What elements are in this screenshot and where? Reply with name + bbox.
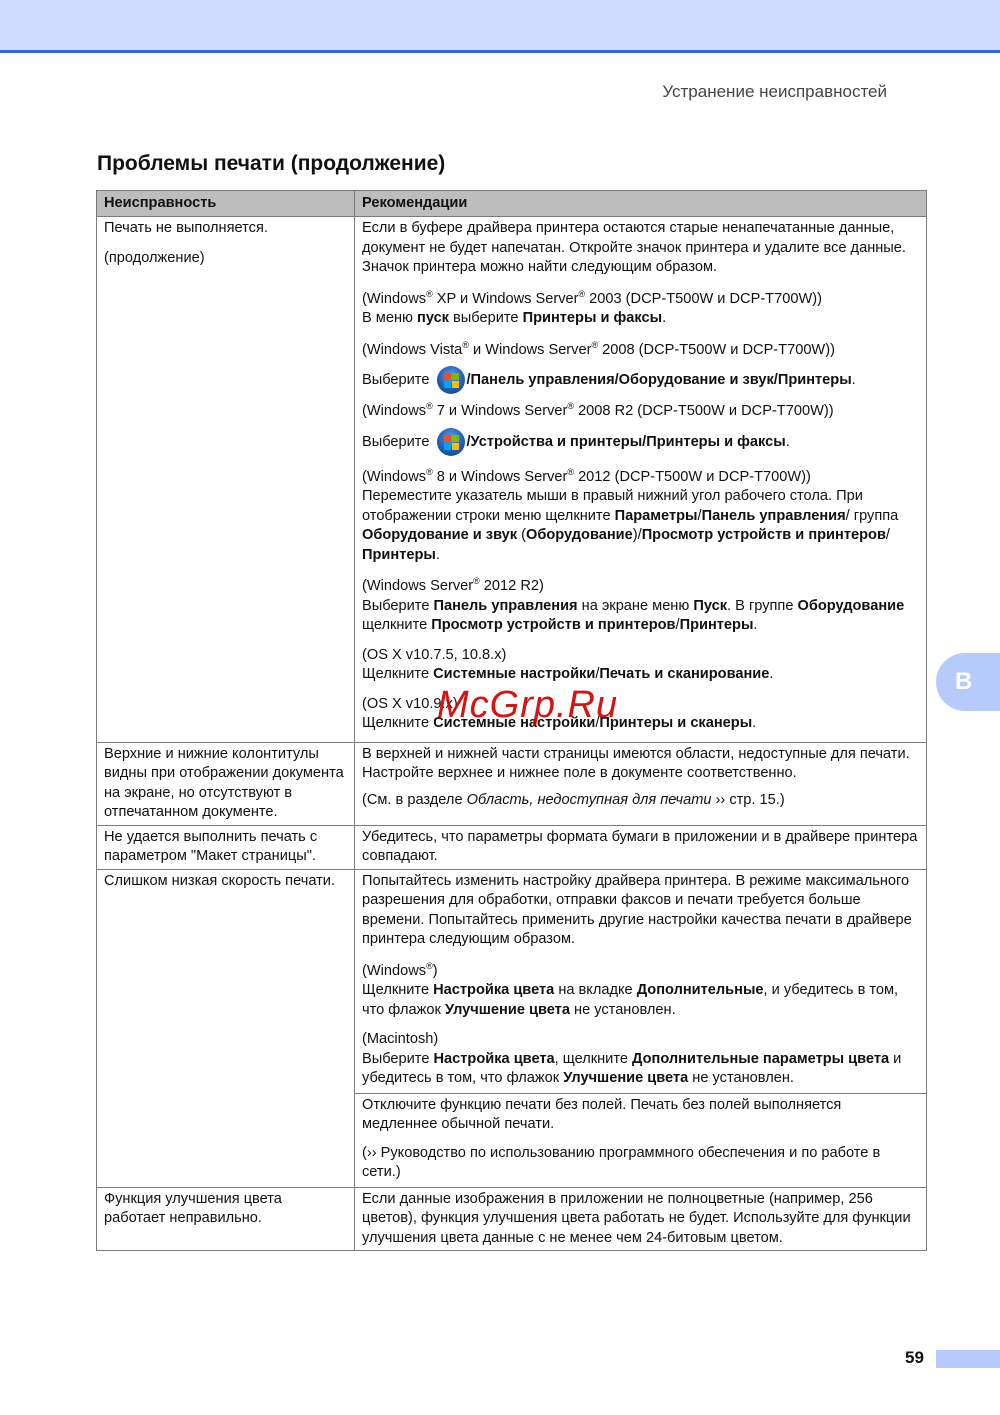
instructions-osx-10-9: (OS X v10.9.x) Щелкните Системные настро… (362, 695, 919, 734)
col-header-recommendations: Рекомендации (355, 191, 927, 217)
instructions-ws2012r2: (Windows Server® 2012 R2) Выберите Панел… (362, 577, 919, 636)
cross-reference: (См. в разделе Область, недоступная для … (362, 791, 919, 811)
problem-cell: Не удается выполнить печать с параметром… (97, 825, 355, 869)
problem-cell: Печать не выполняется. (продолжение) (97, 217, 355, 743)
instructions-win7: (Windows® 7 и Windows Server® 2008 R2 (D… (362, 402, 919, 422)
header-rule (0, 50, 1000, 53)
col-header-problem: Неисправность (97, 191, 355, 217)
instructions-osx-10-7: (OS X v10.7.5, 10.8.x) Щелкните Системны… (362, 646, 919, 685)
recommendation-cell: В верхней и нижней части страницы имеютс… (355, 742, 927, 825)
running-head: Устранение неисправностей (662, 82, 887, 102)
recommendation-cell: Отключите функцию печати без полей. Печа… (355, 1093, 927, 1187)
recommendation-cell: Убедитесь, что параметры формата бумаги … (355, 825, 927, 869)
table-header-row: Неисправность Рекомендации (97, 191, 927, 217)
troubleshooting-table: Неисправность Рекомендации Печать не вып… (96, 190, 927, 1251)
table-row: Функция улучшения цвета работает неправи… (97, 1187, 927, 1251)
problem-cell: Верхние и нижние колонтитулы видны при о… (97, 742, 355, 825)
recommendation-cell: Если в буфере драйвера принтера остаются… (355, 217, 927, 743)
instructions-windows: (Windows®) Щелкните Настройка цвета на в… (362, 962, 919, 1021)
appendix-tab: B (936, 653, 1000, 711)
table-row: Слишком низкая скорость печати. Попытайт… (97, 869, 927, 1093)
section-link[interactable]: Область, недоступная для печати (467, 792, 712, 808)
instructions-macintosh: (Macintosh) Выберите Настройка цвета, ще… (362, 1030, 919, 1089)
cross-reference: (›› Руководство по использованию програм… (362, 1144, 919, 1183)
problem-cell: Функция улучшения цвета работает неправи… (97, 1187, 355, 1251)
recommendation-cell: Попытайтесь изменить настройку драйвера … (355, 869, 927, 1093)
instructions-win8: (Windows® 8 и Windows Server® 2012 (DCP-… (362, 468, 919, 566)
windows-start-icon (437, 366, 465, 394)
windows-start-icon (437, 428, 465, 456)
table-row: Верхние и нижние колонтитулы видны при о… (97, 742, 927, 825)
page-number-bar (936, 1350, 1000, 1368)
instructions-vista: (Windows Vista® и Windows Server® 2008 (… (362, 341, 919, 361)
recommendation-cell: Если данные изображения в приложении не … (355, 1187, 927, 1251)
instructions-xp: (Windows® XP и Windows Server® 2003 (DCP… (362, 290, 919, 329)
table-row: Печать не выполняется. (продолжение) Есл… (97, 217, 927, 743)
table-row: Не удается выполнить печать с параметром… (97, 825, 927, 869)
intro-text: Если в буфере драйвера принтера остаются… (362, 219, 919, 278)
header-band (0, 0, 1000, 50)
problem-cell: Слишком низкая скорость печати. (97, 869, 355, 1187)
page-title: Проблемы печати (продолжение) (97, 152, 445, 176)
page-number: 59 (905, 1348, 924, 1368)
